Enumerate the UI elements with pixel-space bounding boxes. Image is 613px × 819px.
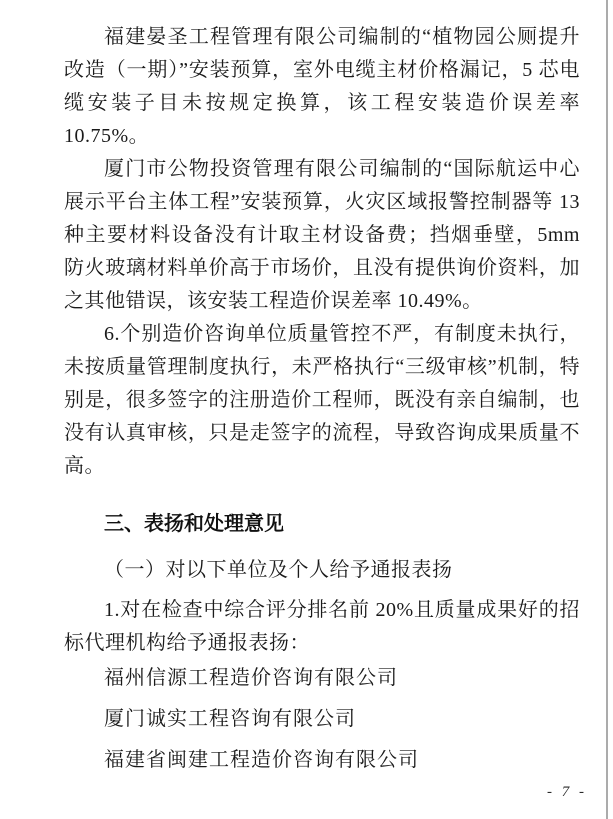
subsection-heading: （一）对以下单位及个人给予通报表扬: [64, 554, 580, 587]
paragraph: 厦门市公物投资管理有限公司编制的“国际航运中心展示平台主体工程”安装预算，火灾区…: [64, 153, 580, 318]
company-name: 厦门诚实工程咨询有限公司: [64, 701, 580, 738]
document-body: 福建晏圣工程管理有限公司编制的“植物园公厕提升改造（一期）”安装预算，室外电缆主…: [64, 21, 580, 783]
company-name: 福建省闽建工程造价咨询有限公司: [64, 742, 580, 779]
company-name: 福州信源工程造价咨询有限公司: [64, 660, 580, 697]
document-page: 福建晏圣工程管理有限公司编制的“植物园公厕提升改造（一期）”安装预算，室外电缆主…: [0, 0, 613, 819]
scan-edge-line: [606, 0, 608, 819]
page-number: - 7 -: [547, 784, 587, 801]
paragraph: 6.个别造价咨询单位质量管控不严，有制度未执行，未按质量管理制度执行，未严格执行…: [64, 318, 580, 483]
paragraph: 福建晏圣工程管理有限公司编制的“植物园公厕提升改造（一期）”安装预算，室外电缆主…: [64, 21, 580, 153]
section-heading: 三、表扬和处理意见: [64, 511, 580, 537]
paragraph: 1.对在检查中综合评分排名前 20%且质量成果好的招标代理机构给予通报表扬：: [64, 594, 580, 660]
